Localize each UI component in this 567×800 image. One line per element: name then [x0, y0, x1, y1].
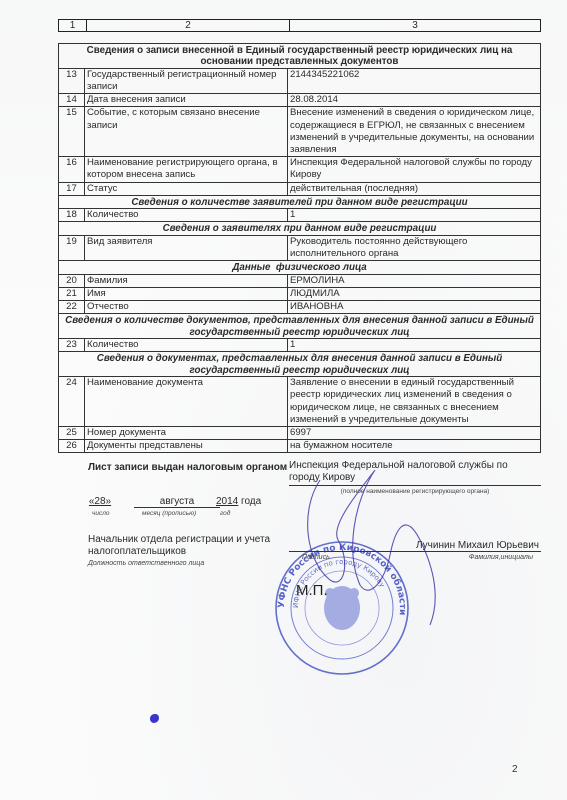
row-value: ЕРМОЛИНА [288, 274, 541, 287]
table-row: 24 Наименование документа Заявление о вн… [59, 377, 541, 427]
row-number: 25 [59, 426, 85, 439]
row-number: 22 [59, 301, 85, 314]
row-value: 1 [288, 209, 541, 222]
table-row: 18 Количество 1 [59, 209, 541, 222]
row-label: Вид заявителя [85, 235, 288, 260]
row-number: 23 [59, 339, 85, 352]
row-number: 20 [59, 274, 85, 287]
row-value: действительная (последняя) [288, 182, 541, 195]
date-year-caption: год [220, 510, 230, 517]
row-label: Имя [85, 287, 288, 300]
row-value: 1 [288, 339, 541, 352]
column-number-3: 3 [290, 20, 540, 31]
row-number: 14 [59, 94, 85, 107]
row-value: Руководитель постоянно действующего испо… [288, 235, 541, 260]
row-value: 28.08.2014 [288, 94, 541, 107]
table-row: 16 Наименование регистрирующего органа, … [59, 157, 541, 182]
official-position-caption: Должность ответственного лица [88, 560, 204, 567]
table-row: 17 Статус действительная (последняя) [59, 182, 541, 195]
date-month-caption: месяц (прописью) [142, 510, 196, 517]
column-number-header: 1 2 3 [58, 19, 541, 32]
row-number: 16 [59, 157, 85, 182]
signer-name: Лучинин Михаил Юрьевич [416, 540, 539, 551]
signature-line [289, 551, 541, 552]
table-row: 22 Отчество ИВАНОВНА [59, 301, 541, 314]
ink-blot-mark [150, 714, 159, 723]
official-position: Начальник отдела регистрации и учета нал… [88, 534, 278, 558]
column-number-1: 1 [59, 20, 87, 31]
table-row: 14 Дата внесения записи 28.08.2014 [59, 94, 541, 107]
date-year: 2014 года [216, 496, 261, 507]
row-value: ЛЮДМИЛА [288, 287, 541, 300]
date-month: августа [134, 496, 220, 508]
row-value: ИВАНОВНА [288, 301, 541, 314]
row-value: 2144345221062 [288, 68, 541, 93]
row-label: Количество [85, 209, 288, 222]
row-value: Инспекция Федеральной налоговой службы п… [288, 157, 541, 182]
issued-by-label: Лист записи выдан налоговым органом [88, 462, 287, 473]
section-header-documents-info: Сведения о документах, представленных дл… [59, 352, 541, 377]
table-row: 21 Имя ЛЮДМИЛА [59, 287, 541, 300]
table-row: 15 Событие, с которым связано внесение з… [59, 107, 541, 157]
row-label: Дата внесения записи [85, 94, 288, 107]
row-number: 24 [59, 377, 85, 427]
table-row: 23 Количество 1 [59, 339, 541, 352]
row-label: Статус [85, 182, 288, 195]
date-day: «28» [88, 496, 112, 507]
row-label: Событие, с которым связано внесение запи… [85, 107, 288, 157]
section-header-person-data: Данные физического лица [59, 261, 541, 274]
seal-place-label: М.П. [296, 582, 328, 599]
row-label: Фамилия [85, 274, 288, 287]
table-row: 19 Вид заявителя Руководитель постоянно … [59, 235, 541, 260]
page-number: 2 [512, 764, 518, 775]
date-year-suffix: года [238, 496, 261, 507]
date-year-value: 2014 [216, 496, 238, 507]
row-number: 21 [59, 287, 85, 300]
section-title-documents-count: Сведения о количестве документов, предст… [59, 314, 541, 339]
table-row: 13 Государственный регистрационный номер… [59, 68, 541, 93]
section-header-applicants-count: Сведения о количестве заявителей при дан… [59, 195, 541, 208]
row-value: 6997 [288, 426, 541, 439]
name-caption: Фамилия,инициалы [469, 554, 533, 561]
row-value: Внесение изменений в сведения о юридичес… [288, 107, 541, 157]
row-number: 17 [59, 182, 85, 195]
row-label: Отчество [85, 301, 288, 314]
row-label: Государственный регистрационный номер за… [85, 68, 288, 93]
signature-caption: Подпись [302, 554, 330, 561]
row-number: 18 [59, 209, 85, 222]
section-title-applicants-info: Сведения о заявителях при данном виде ре… [59, 222, 541, 235]
section-title-person-data: Данные физического лица [59, 261, 541, 274]
table-row: 26 Документы представлены на бумажном но… [59, 440, 541, 453]
section-title-documents-info: Сведения о документах, представленных дл… [59, 352, 541, 377]
row-value: на бумажном носителе [288, 440, 541, 453]
row-label: Наименование документа [85, 377, 288, 427]
section-title-applicants-count: Сведения о количестве заявителей при дан… [59, 195, 541, 208]
row-number: 19 [59, 235, 85, 260]
section-title-record: Сведения о записи внесенной в Единый гос… [59, 44, 541, 69]
column-number-2: 2 [87, 20, 290, 31]
date-day-caption: число [92, 510, 110, 517]
section-header-documents-count: Сведения о количестве документов, предст… [59, 314, 541, 339]
row-value: Заявление о внесении в единый государств… [288, 377, 541, 427]
row-number: 26 [59, 440, 85, 453]
row-label: Документы представлены [85, 440, 288, 453]
section-header-applicants-info: Сведения о заявителях при данном виде ре… [59, 222, 541, 235]
row-number: 13 [59, 68, 85, 93]
row-label: Наименование регистрирующего органа, в к… [85, 157, 288, 182]
table-row: 20 Фамилия ЕРМОЛИНА [59, 274, 541, 287]
row-label: Количество [85, 339, 288, 352]
registry-record-table: Сведения о записи внесенной в Единый гос… [58, 43, 541, 453]
section-header-record: Сведения о записи внесенной в Единый гос… [59, 44, 541, 69]
row-number: 15 [59, 107, 85, 157]
row-label: Номер документа [85, 426, 288, 439]
table-row: 25 Номер документа 6997 [59, 426, 541, 439]
